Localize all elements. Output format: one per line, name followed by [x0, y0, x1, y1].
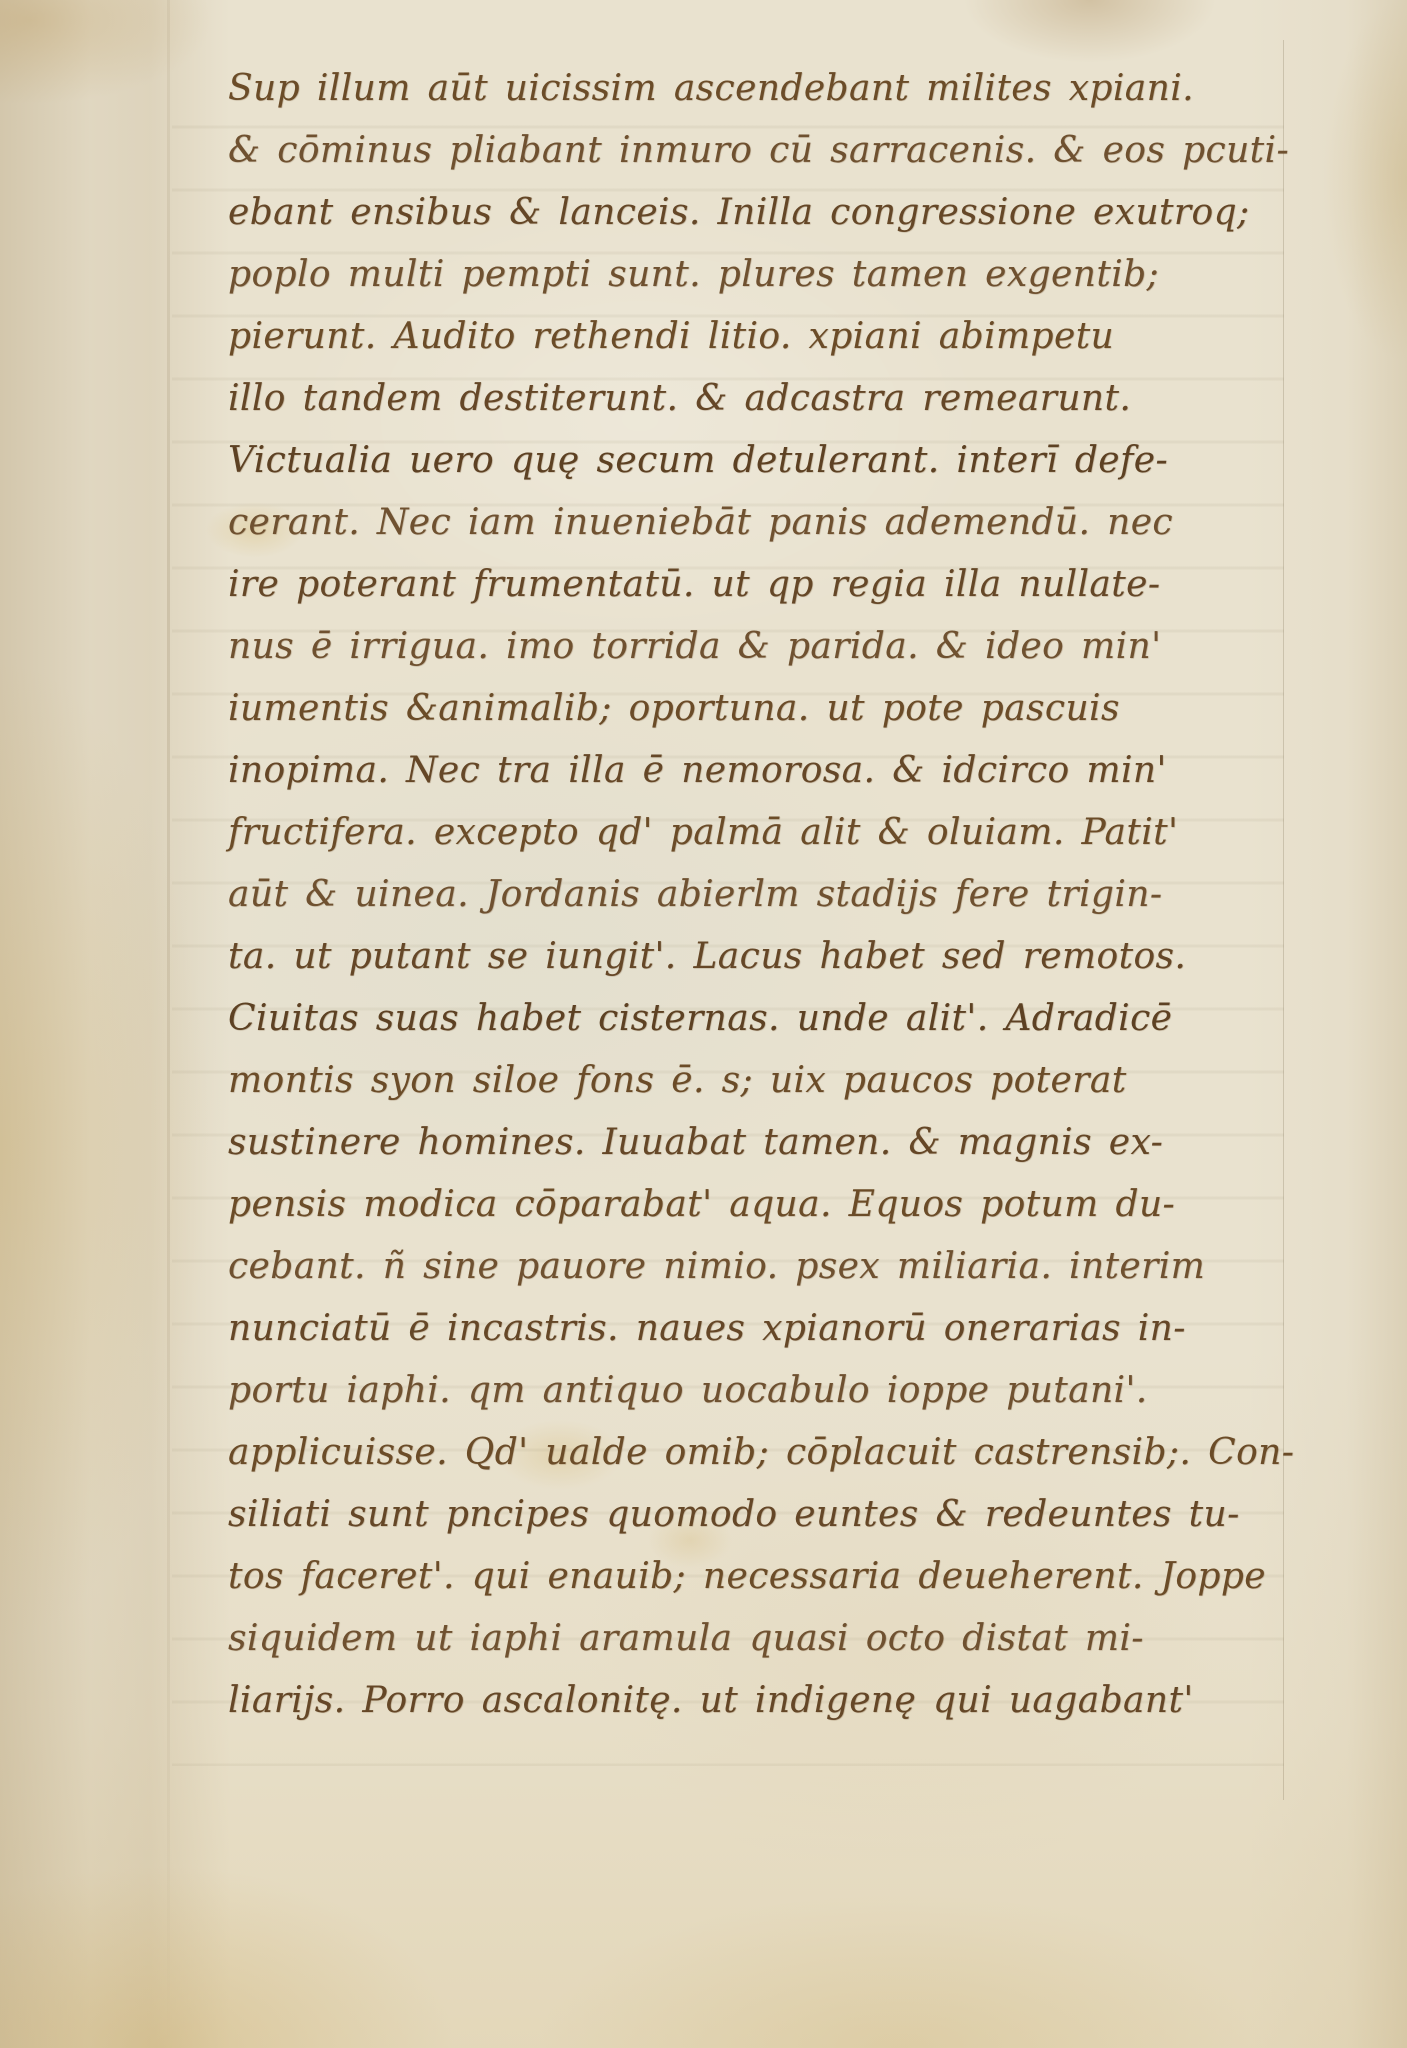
text-line: aūt & uinea. Jordanis abierlm stadijs fe… — [228, 864, 1058, 926]
text-line: cerant. Nec iam inueniebāt panis ademend… — [228, 492, 1058, 554]
text-line: fructifera. excepto qd' palmā alit & olu… — [228, 802, 1058, 864]
text-line: Victualia uero quę secum detulerant. int… — [228, 430, 1058, 492]
manuscript-folio: Sup illum aūt uicissim ascendebant milit… — [0, 0, 1407, 2048]
text-line: pensis modica cōparabat' aqua. Equos pot… — [228, 1174, 1058, 1236]
text-line: & cōminus pliabant inmuro cū sarracenis.… — [228, 120, 1058, 182]
text-line: iumentis &animalib; oportuna. ut pote pa… — [228, 678, 1058, 740]
text-line: siquidem ut iaphi aramula quasi octo dis… — [228, 1608, 1058, 1670]
text-line: poplo multi pempti sunt. plures tamen ex… — [228, 244, 1058, 306]
text-line: siliati sunt pncipes quomodo euntes & re… — [228, 1484, 1058, 1546]
manuscript-text-block: Sup illum aūt uicissim ascendebant milit… — [228, 58, 1058, 1732]
text-line: montis syon siloe fons ē. s; uix paucos … — [228, 1050, 1058, 1112]
text-line: ta. ut putant se iungit'. Lacus habet se… — [228, 926, 1058, 988]
text-line: portu iaphi. qm antiquo uocabulo ioppe p… — [228, 1360, 1058, 1422]
text-line: cebant. ñ sine pauore nimio. psex miliar… — [228, 1236, 1058, 1298]
text-line: Ciuitas suas habet cisternas. unde alit'… — [228, 988, 1058, 1050]
text-line: ebant ensibus & lanceis. Inilla congress… — [228, 182, 1058, 244]
text-line: applicuisse. Qd' ualde omib; cōplacuit c… — [228, 1422, 1058, 1484]
text-line: pierunt. Audito rethendi litio. xpiani a… — [228, 306, 1058, 368]
text-line: liarijs. Porro ascalonitę. ut indigenę q… — [228, 1670, 1058, 1732]
text-line: nunciatū ē incastris. naues xpianorū one… — [228, 1298, 1058, 1360]
text-line: nus ē irrigua. imo torrida & parida. & i… — [228, 616, 1058, 678]
text-line: ire poterant frumentatū. ut qp regia ill… — [228, 554, 1058, 616]
text-line: sustinere homines. Iuuabat tamen. & magn… — [228, 1112, 1058, 1174]
page-crease-line — [167, 0, 170, 2048]
text-line: Sup illum aūt uicissim ascendebant milit… — [228, 58, 1058, 120]
text-line: inopima. Nec tra illa ē nemorosa. & idci… — [228, 740, 1058, 802]
text-line: tos faceret'. qui enauib; necessaria deu… — [228, 1546, 1058, 1608]
text-line: illo tandem destiterunt. & adcastra reme… — [228, 368, 1058, 430]
